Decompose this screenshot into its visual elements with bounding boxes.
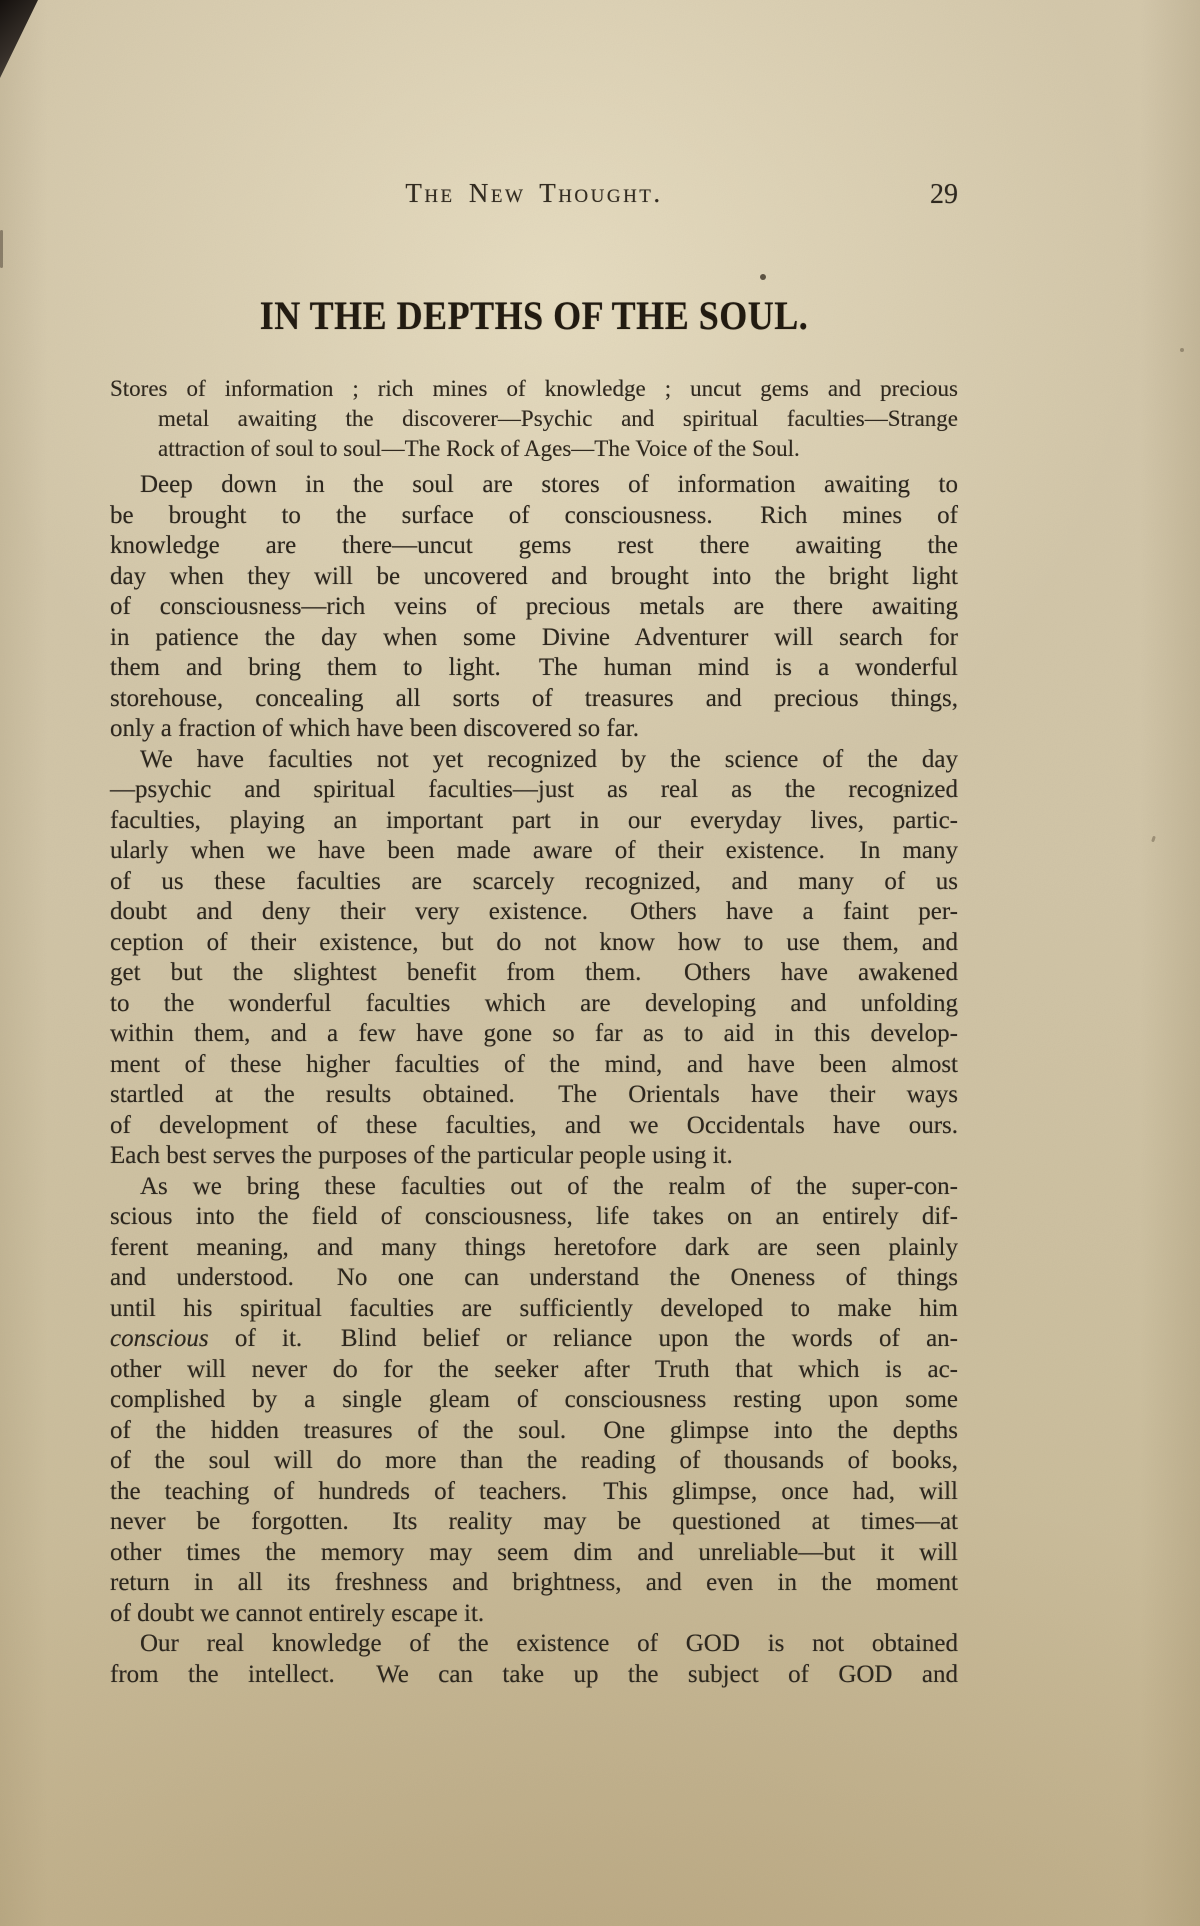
text-line: get but the slightest benefit from them.… [110, 958, 958, 989]
text-line: startled at the results obtained. The Or… [110, 1080, 958, 1111]
text-line: Each best serves the purposes of the par… [110, 1141, 958, 1172]
scan-corner-artifact [0, 0, 38, 78]
text-line: ularly when we have been made aware of t… [110, 836, 958, 867]
text-line: faculties, playing an important part in … [110, 806, 958, 837]
text-line: in patience the day when some Divine Adv… [110, 623, 958, 654]
text-line: ferent meaning, and many things heretofo… [110, 1233, 958, 1264]
text-line: Our real knowledge of the existence of G… [110, 1629, 958, 1660]
epigraph-line: attraction of soul to soul—The Rock of A… [110, 434, 958, 464]
text-line: —psychic and spiritual faculties—just as… [110, 775, 958, 806]
paper-speck [1151, 836, 1156, 843]
text-line: of the soul will do more than the readin… [110, 1446, 958, 1477]
text-line: other times the memory may seem dim and … [110, 1538, 958, 1569]
epigraph-line: metal awaiting the discoverer—Psychic an… [110, 404, 958, 434]
book-page: The New Thought. 29 IN THE DEPTHS OF THE… [0, 0, 1200, 1926]
ink-speck [760, 274, 766, 280]
text-line: within them, and a few have gone so far … [110, 1019, 958, 1050]
page-number: 29 [110, 179, 958, 211]
paper-speck [1180, 348, 1184, 352]
text-line: ment of these higher faculties of the mi… [110, 1050, 958, 1081]
text-line: Deep down in the soul are stores of info… [110, 470, 958, 501]
text-line: storehouse, concealing all sorts of trea… [110, 684, 958, 715]
text-line: ception of their existence, but do not k… [110, 928, 958, 959]
text-line: to the wonderful faculties which are dev… [110, 989, 958, 1020]
text-line: never be forgotten. Its reality may be q… [110, 1507, 958, 1538]
text-line: knowledge are there—uncut gems rest ther… [110, 531, 958, 562]
epigraph-line: Stores of information ; rich mines of kn… [110, 374, 958, 404]
epigraph: Stores of information ; rich mines of kn… [110, 374, 958, 464]
text-line: conscious of it. Blind belief or relianc… [110, 1324, 958, 1355]
text-line: of consciousness—rich veins of precious … [110, 592, 958, 623]
text-line: only a fraction of which have been disco… [110, 714, 958, 745]
text-line: doubt and deny their very existence. Oth… [110, 897, 958, 928]
text-line: other will never do for the seeker after… [110, 1355, 958, 1386]
text-line: them and bring them to light. The human … [110, 653, 958, 684]
text-line: the teaching of hundreds of teachers. Th… [110, 1477, 958, 1508]
text-line: return in all its freshness and brightne… [110, 1568, 958, 1599]
text-line: complished by a single gleam of consciou… [110, 1385, 958, 1416]
text-line: and understood. No one can understand th… [110, 1263, 958, 1294]
text-line: As we bring these faculties out of the r… [110, 1172, 958, 1203]
text-line: We have faculties not yet recognized by … [110, 745, 958, 776]
text-line: of doubt we cannot entirely escape it. [110, 1599, 958, 1630]
text-line: of development of these faculties, and w… [110, 1111, 958, 1142]
text-line: from the intellect. We can take up the s… [110, 1660, 958, 1691]
text-line: scious into the field of consciousness, … [110, 1202, 958, 1233]
body-text: Deep down in the soul are stores of info… [110, 470, 958, 1690]
text-line: day when they will be uncovered and brou… [110, 562, 958, 593]
text-line: until his spiritual faculties are suffic… [110, 1294, 958, 1325]
chapter-title: IN THE DEPTHS OF THE SOUL. [110, 292, 958, 339]
text-line: of the hidden treasures of the soul. One… [110, 1416, 958, 1447]
text-line: of us these faculties are scarcely recog… [110, 867, 958, 898]
scan-edge-artifact [0, 230, 3, 268]
text-line: be brought to the surface of consciousne… [110, 501, 958, 532]
